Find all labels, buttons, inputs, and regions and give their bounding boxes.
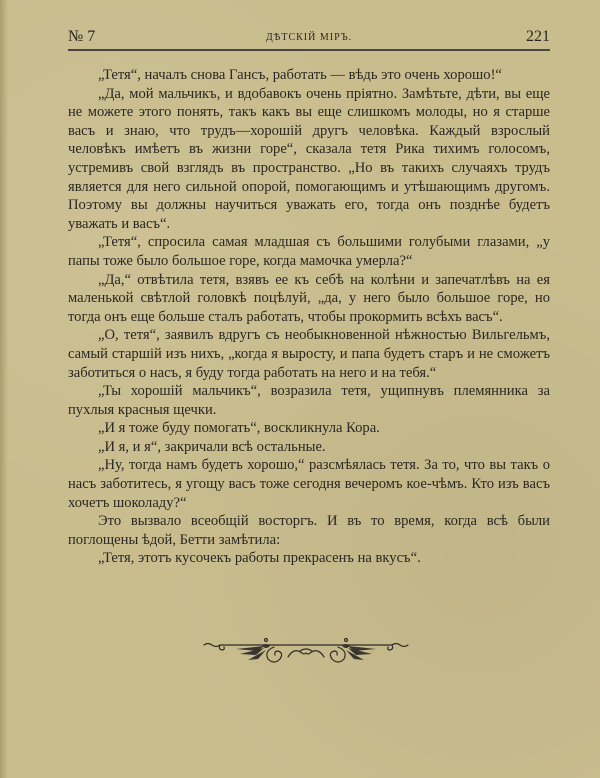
paragraph: „И я тоже буду помогать“, воскликнула Ко…: [68, 419, 550, 438]
scanned-page: № 7 ДѢТСКІЙ МІРЪ. 221 „Тетя“, началъ сно…: [0, 0, 600, 778]
paragraph: „Да,“ отвѣтила тетя, взявъ ее къ себѣ на…: [68, 271, 550, 327]
paragraph: „О, тетя“, заявилъ вдругъ съ необыкновен…: [68, 326, 550, 382]
paragraph: „Да, мой мальчикъ, и вдобавокъ очень прі…: [68, 85, 550, 234]
article-body: „Тетя“, началъ снова Гансъ, работать — в…: [68, 66, 550, 568]
page-edge-shadow: [0, 0, 8, 778]
header-rule: [68, 49, 550, 51]
decorative-scroll-ornament-icon: [196, 637, 416, 665]
paragraph: „Тетя“, началъ снова Гансъ, работать — в…: [68, 66, 550, 85]
paragraph: „Ну, тогда намъ будетъ хорошо,“ разсмѣял…: [68, 456, 550, 512]
paragraph: „Ты хорошій мальчикъ“, возразила тетя, у…: [68, 382, 550, 419]
paragraph: „Тетя, этотъ кусочекъ работы прекрасенъ …: [68, 549, 550, 568]
paragraph: Это вызвало всеобщій восторгъ. И въ то в…: [68, 512, 550, 549]
paragraph: „Тетя“, спросила самая младшая съ больши…: [68, 233, 550, 270]
paragraph: „И я, и я“, закричали всѣ остальные.: [68, 438, 550, 457]
magazine-title: ДѢТСКІЙ МІРЪ.: [68, 32, 550, 43]
page-number: 221: [526, 28, 550, 46]
